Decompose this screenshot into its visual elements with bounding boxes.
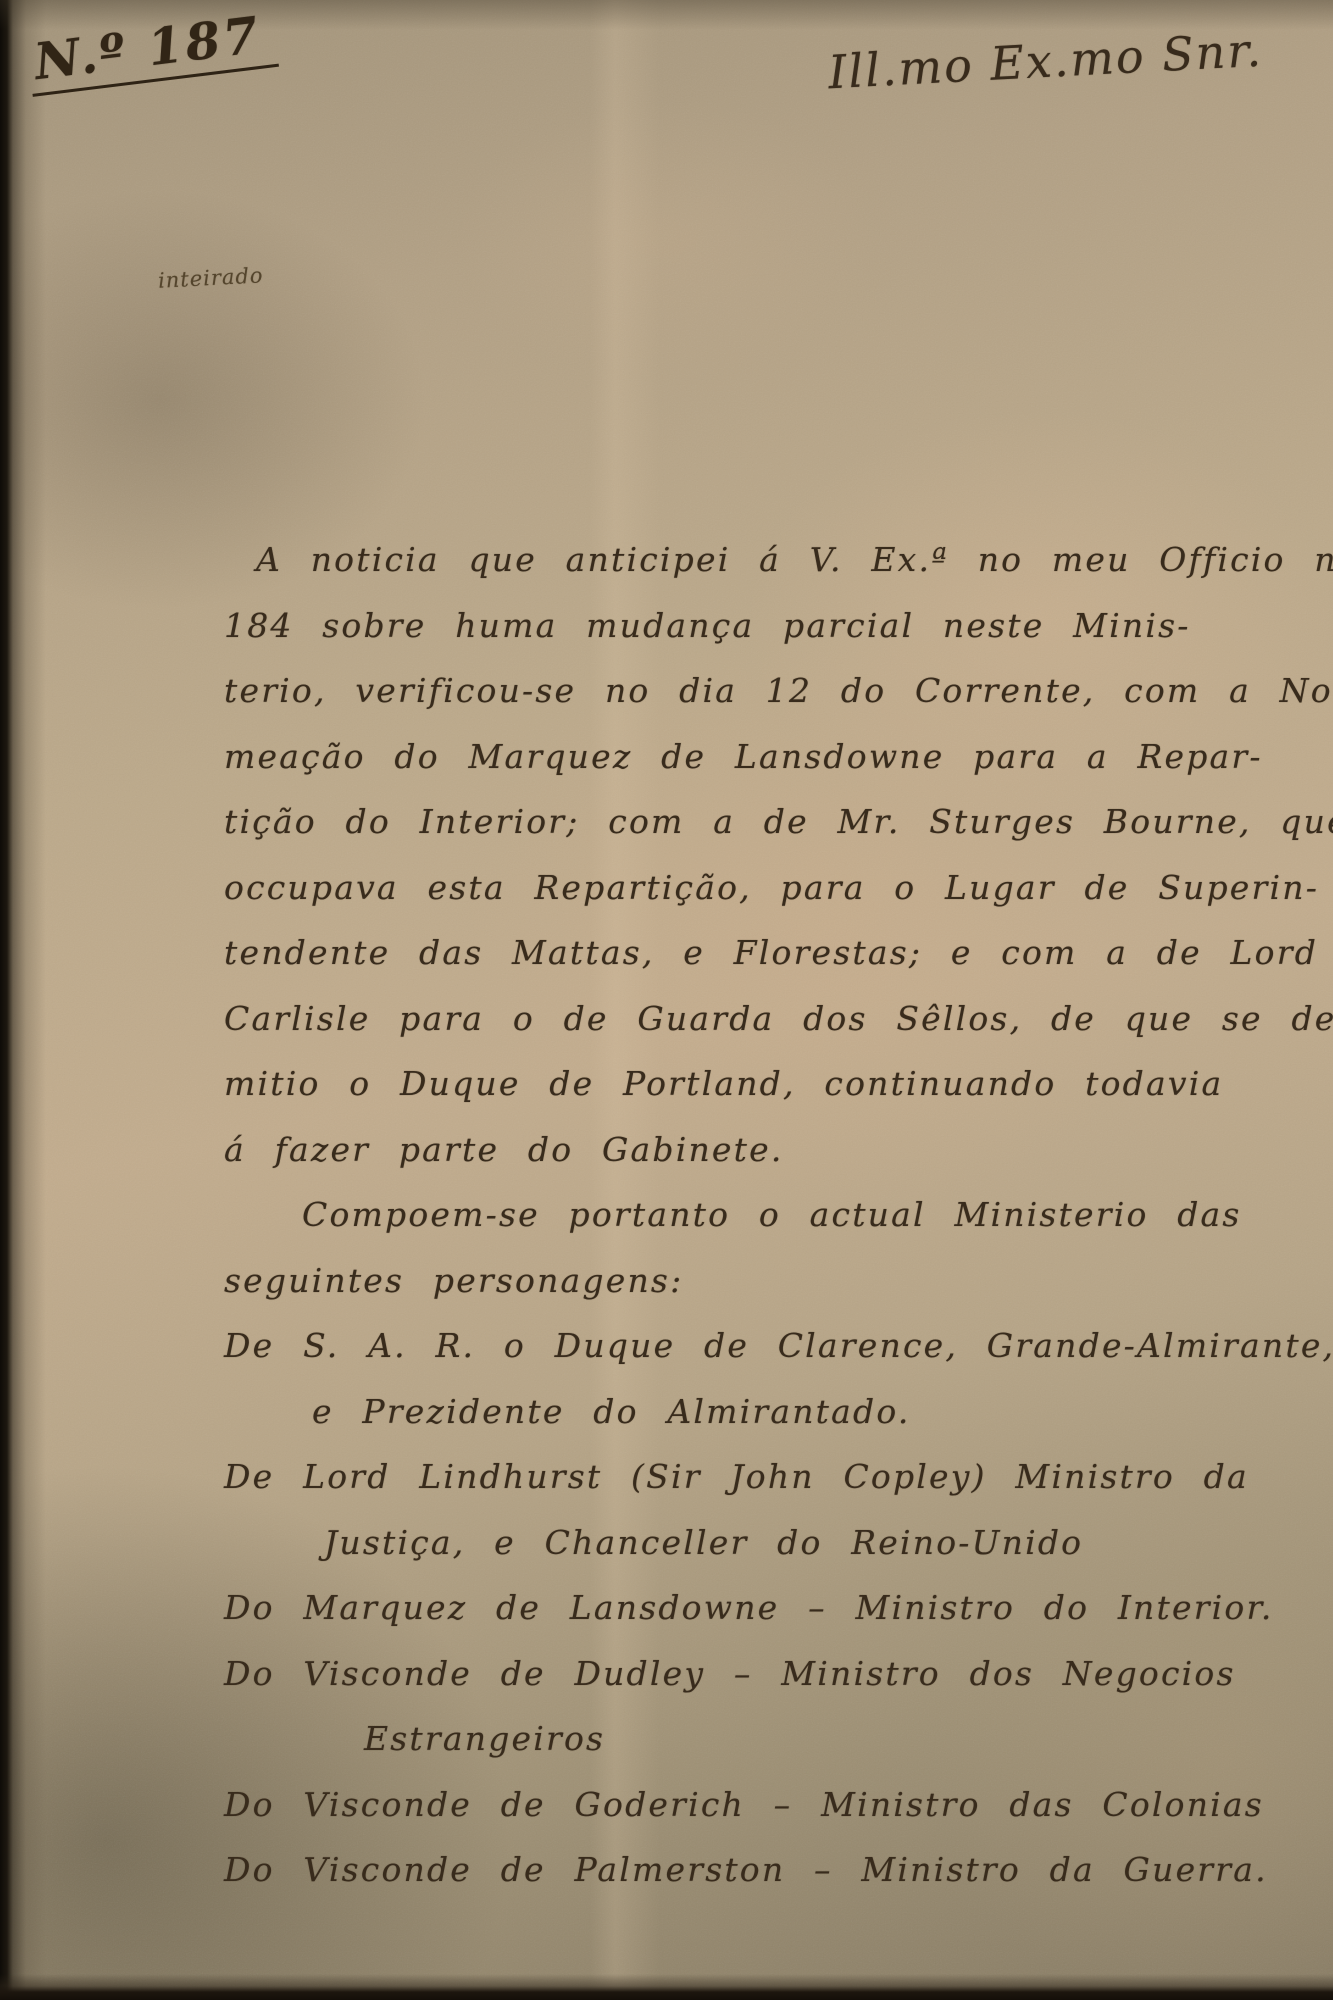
page-binding-shadow [0,0,46,2000]
manuscript-line: Compoem-se portanto o actual Ministerio … [224,1195,1324,1261]
manuscript-line: A noticia que anticipei á V. Ex.ª no meu… [224,540,1324,606]
manuscript-line: Do Visconde de Palmerston – Ministro da … [224,1850,1324,1916]
manuscript-line: 184 sobre huma mudança parcial neste Min… [224,606,1324,672]
manuscript-line: mitio o Duque de Portland, continuando t… [224,1064,1324,1130]
manuscript-line: e Prezidente do Almirantado. [224,1392,1324,1458]
manuscript-line: terio, verificou-se no dia 12 do Corrent… [224,671,1324,737]
document-number: N.º 187 [25,3,279,97]
salutation: Ill.mo Ex.mo Snr. [827,23,1264,100]
manuscript-line: tendente das Mattas, e Florestas; e com … [224,933,1324,999]
manuscript-page: N.º 187 Ill.mo Ex.mo Snr. inteirado A no… [0,0,1333,2000]
manuscript-line: á fazer parte do Gabinete. [224,1130,1324,1196]
manuscript-line: meação do Marquez de Lansdowne para a Re… [224,737,1324,803]
manuscript-line: tição do Interior; com a de Mr. Sturges … [224,802,1324,868]
manuscript-line: De S. A. R. o Duque de Clarence, Grande-… [224,1326,1324,1392]
manuscript-line: occupava esta Repartição, para o Lugar d… [224,868,1324,934]
manuscript-line: Do Marquez de Lansdowne – Ministro do In… [224,1588,1324,1654]
manuscript-line: Do Visconde de Dudley – Ministro dos Neg… [224,1654,1324,1720]
manuscript-line: seguintes personagens: [224,1261,1324,1327]
margin-note: inteirado [157,263,264,292]
manuscript-line: Carlisle para o de Guarda dos Sêllos, de… [224,999,1324,1065]
manuscript-line: Justiça, e Chanceller do Reino-Unido [224,1523,1324,1589]
letter-body: A noticia que anticipei á V. Ex.ª no meu… [224,540,1324,1916]
manuscript-line: Do Visconde de Goderich – Ministro das C… [224,1785,1324,1851]
page-bottom-shadow [0,1974,1333,2000]
manuscript-line: De Lord Lindhurst (Sir John Copley) Mini… [224,1457,1324,1523]
manuscript-line: Estrangeiros [224,1719,1324,1785]
